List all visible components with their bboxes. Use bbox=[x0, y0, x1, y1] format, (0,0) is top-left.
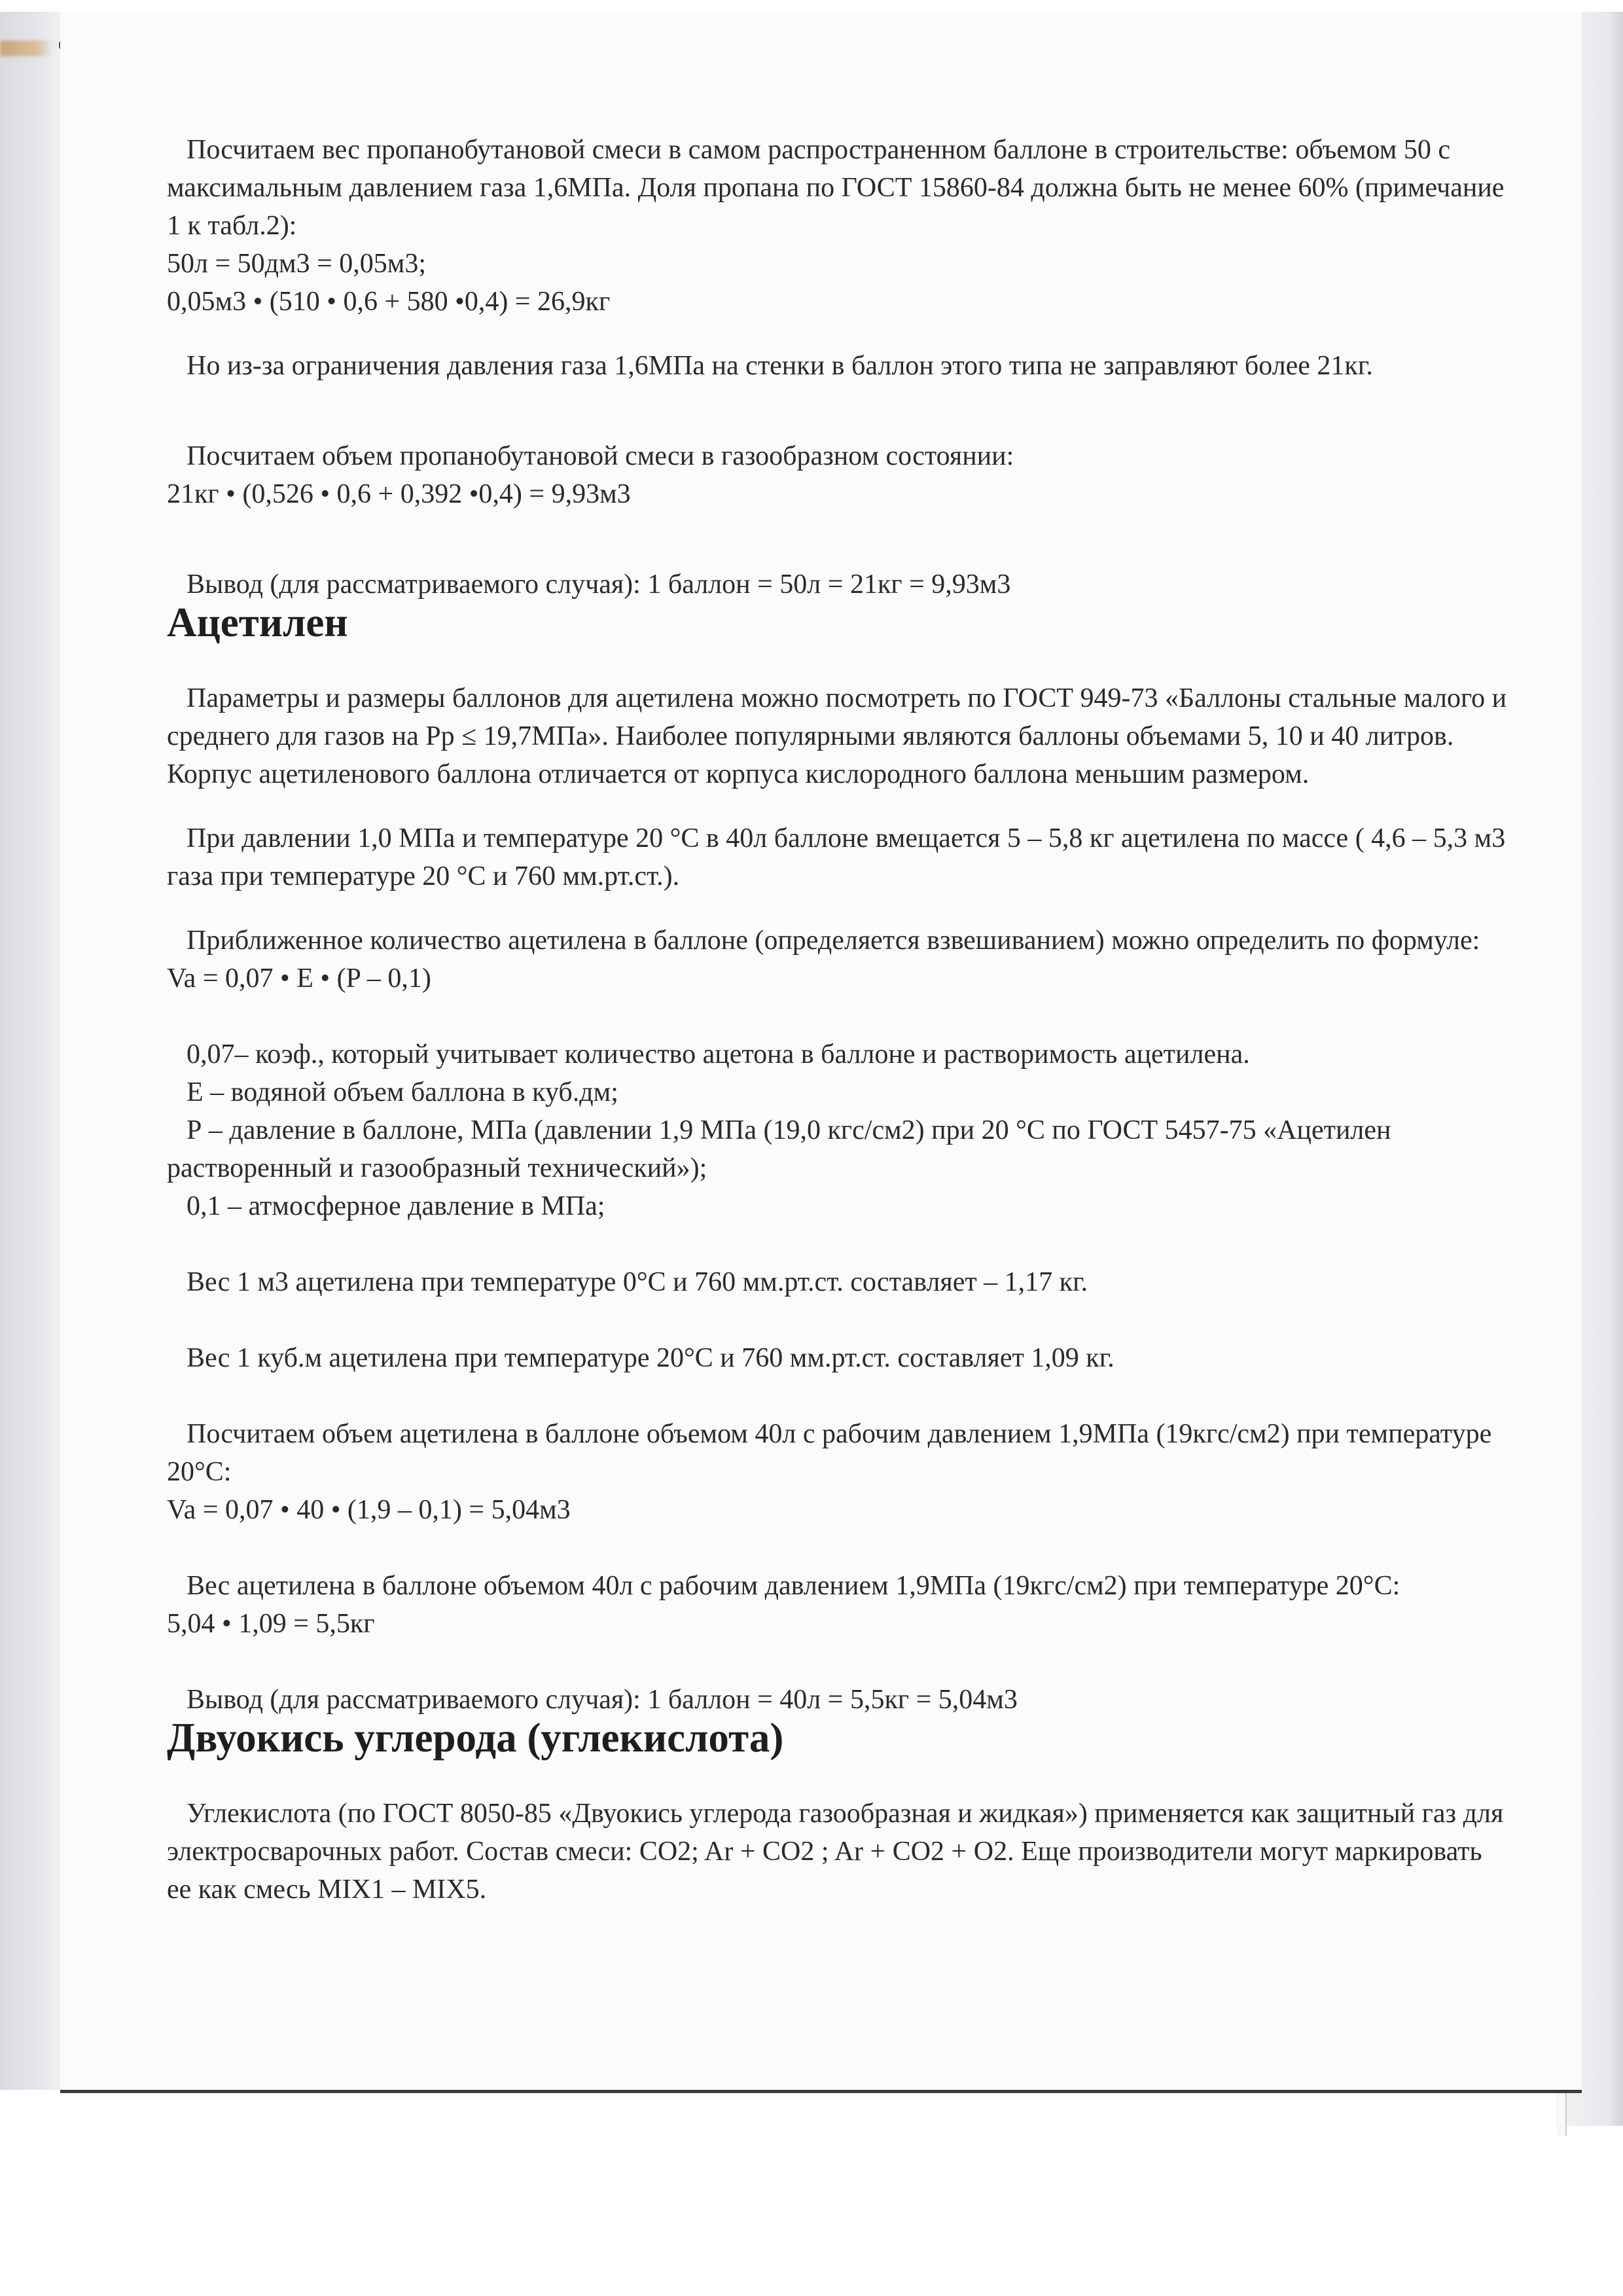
paragraph-acetylene-weight-intro: Вес ацетилена в баллоне объемом 40л с ра… bbox=[167, 1567, 1508, 1605]
section-acetylene: Ацетилен Параметры и размеры баллонов дл… bbox=[167, 603, 1508, 1719]
binding-edge bbox=[0, 12, 60, 2090]
paragraph-acetylene-params: Параметры и размеры баллонов для ацетиле… bbox=[167, 679, 1508, 793]
formula-volume-conversion: 50л = 50дм3 = 0,05м3; bbox=[167, 245, 1508, 283]
paragraph-approx-formula-intro: Приближенное количество ацетилена в балл… bbox=[167, 922, 1508, 960]
formula-propane-weight: 0,05м3 • (510 • 0,6 + 580 •0,4) = 26,9кг bbox=[167, 283, 1508, 321]
paragraph-weight-0c: Вес 1 м3 ацетилена при температуре 0°С и… bbox=[167, 1263, 1508, 1301]
conclusion-acetylene: Вывод (для рассматриваемого случая): 1 б… bbox=[167, 1681, 1508, 1719]
paragraph-gas-volume-intro: Посчитаем объем пропанобутановой смеси в… bbox=[167, 437, 1508, 475]
definition-water-volume: Е – водяной объем баллона в куб.дм; bbox=[167, 1073, 1508, 1111]
formula-acetylene-weight: 5,04 • 1,09 = 5,5кг bbox=[167, 1605, 1508, 1643]
paragraph-co2-body: Углекислота (по ГОСТ 8050-85 «Двуокись у… bbox=[167, 1795, 1508, 1909]
definition-coefficient: 0,07– коэф., который учитывает количеств… bbox=[167, 1035, 1508, 1073]
paragraph-weight-20c: Вес 1 куб.м ацетилена при температуре 20… bbox=[167, 1339, 1508, 1377]
definition-pressure: Р – давление в баллоне, МПа (давлении 1,… bbox=[167, 1111, 1508, 1187]
formula-propane-volume: 21кг • (0,526 • 0,6 + 0,392 •0,4) = 9,93… bbox=[167, 475, 1508, 513]
section-propane: Посчитаем вес пропанобутановой смеси в с… bbox=[167, 131, 1508, 603]
paragraph-acetylene-capacity: При давлении 1,0 МПа и температуре 20 °С… bbox=[167, 819, 1508, 895]
formula-acetylene-general: Va = 0,07 • E • (P – 0,1) bbox=[167, 960, 1508, 997]
definition-atmospheric: 0,1 – атмосферное давление в МПа; bbox=[167, 1187, 1508, 1225]
paragraph-propane-intro: Посчитаем вес пропанобутановой смеси в с… bbox=[167, 131, 1508, 245]
heading-acetylene: Ацетилен bbox=[167, 603, 1508, 641]
binding-tape bbox=[0, 41, 52, 56]
paragraph-pressure-limit: Но из-за ограничения давления газа 1,6МП… bbox=[167, 347, 1508, 385]
scanned-page: Посчитаем вес пропанобутановой смеси в с… bbox=[0, 0, 1623, 2296]
conclusion-propane: Вывод (для рассматриваемого случая): 1 б… bbox=[167, 565, 1508, 603]
paragraph-acetylene-volume-intro: Посчитаем объем ацетилена в баллоне объе… bbox=[167, 1415, 1508, 1491]
document-body: Посчитаем вес пропанобутановой смеси в с… bbox=[167, 131, 1508, 1909]
section-co2: Двуокись углерода (углекислота) Углекисл… bbox=[167, 1719, 1508, 1909]
formula-acetylene-volume: Va = 0,07 • 40 • (1,9 – 0,1) = 5,04м3 bbox=[167, 1491, 1508, 1529]
heading-co2: Двуокись углерода (углекислота) bbox=[167, 1719, 1508, 1757]
